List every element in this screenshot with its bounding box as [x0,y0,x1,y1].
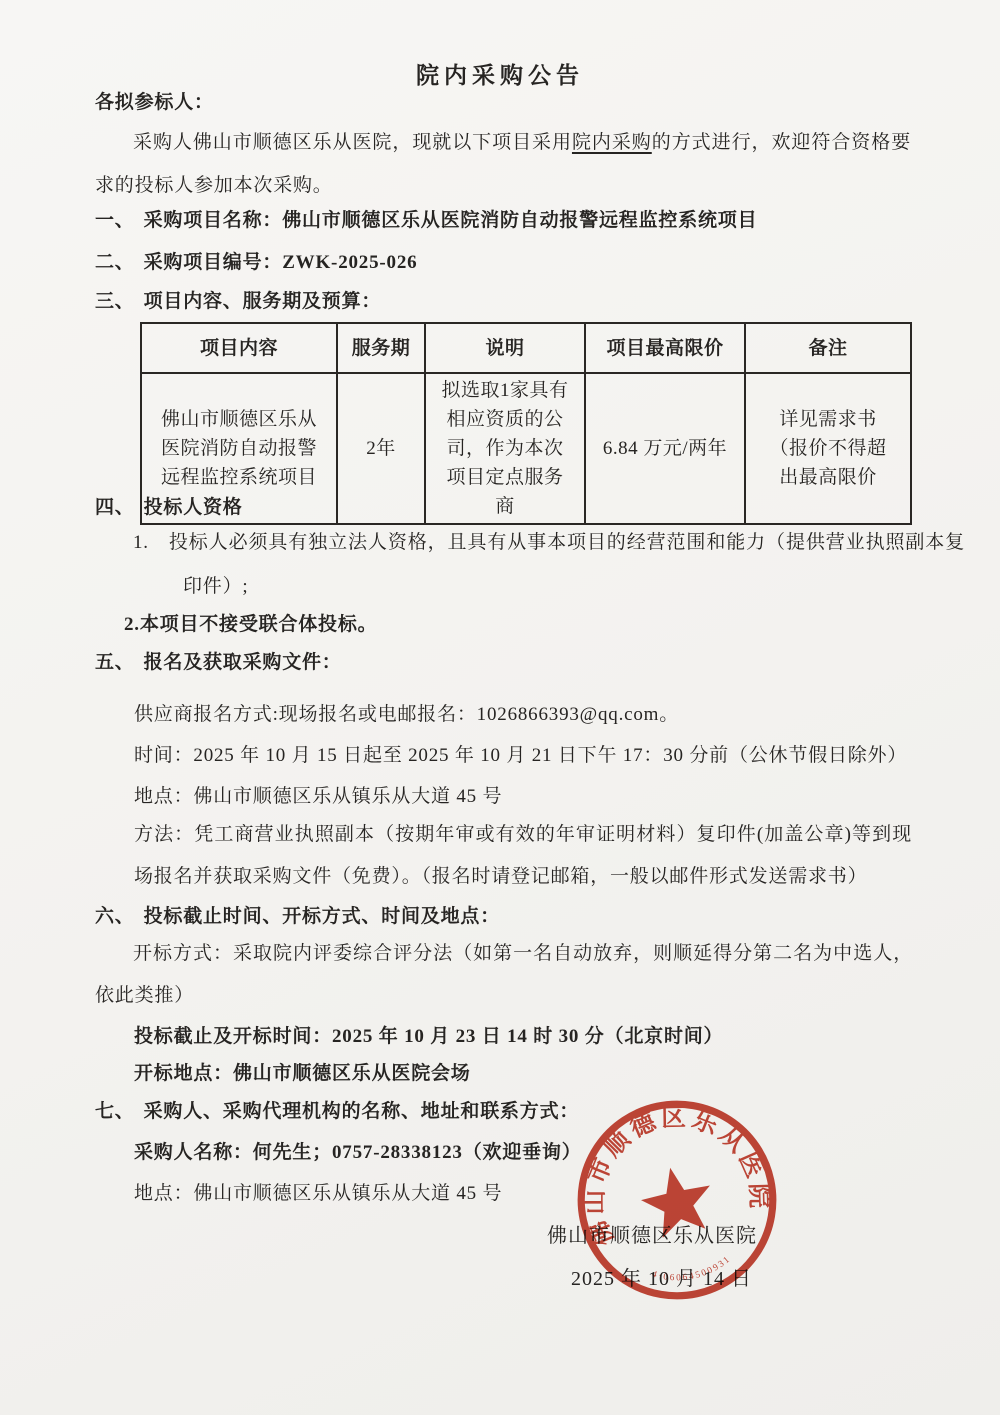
registration-time-line: 时间：2025 年 10 月 15 日起至 2025 年 10 月 21 日下午… [134,745,907,767]
section-3-title: 项目内容、服务期及预算： [144,291,382,312]
salutation: 各拟参标人： [95,92,214,114]
section-6-title: 投标截止时间、开标方式、时间及地点： [144,906,500,927]
section-4-number: 四、 [95,497,135,518]
qualification-item-1: 1. 投标人必须具有独立法人资格，且具有从事本项目的经营范围和能力（提供营业执照… [133,521,965,609]
section-6-heading: 六、投标截止时间、开标方式、时间及地点： [95,906,500,928]
contact-address-line: 地点：佛山市顺德区乐从镇乐从大道 45 号 [134,1183,502,1205]
table-header-service-period: 服务期 [337,323,425,373]
section-7-number: 七、 [95,1101,135,1122]
table-header-description: 说明 [425,323,585,373]
scanned-document-page: 院内采购公告 各拟参标人： 采购人佛山市顺德区乐从医院，现就以下项目采用院内采购… [0,0,1000,1415]
section-3-heading: 三、项目内容、服务期及预算： [95,291,381,313]
section-1-number: 一、 [95,210,135,231]
section-2-number: 二、 [95,252,135,273]
section-5-number: 五、 [95,652,135,673]
registration-location-line: 地点：佛山市顺德区乐从镇乐从大道 45 号 [134,786,502,808]
section-5-heading: 五、报名及获取采购文件： [95,652,342,674]
official-seal-graphic: 佛山市顺德区乐从医院 4·06064500931 [555,1078,799,1322]
table-cell-description: 拟选取1家具有相应资质的公司，作为本次项目定点服务商 [425,373,585,524]
section-6-number: 六、 [95,906,135,927]
section-4-title: 投标人资格 [144,497,243,518]
section-7-heading: 七、采购人、采购代理机构的名称、地址和联系方式： [95,1101,579,1123]
table-header-project-content: 项目内容 [141,323,337,373]
table-cell-remarks: 详见需求书（报价不得超出最高限价 [745,373,911,524]
qualification-item-2: 2.本项目不接受联合体投标。 [124,614,377,636]
intro-underlined-term: 院内采购 [572,132,652,153]
bid-opening-method-paragraph: 开标方式：采取院内评委综合评分法（如第一名自动放弃，则顺延得分第二名为中选人，依… [95,933,913,1017]
section-5-title: 报名及获取采购文件： [144,652,342,673]
registration-method-line: 供应商报名方式:现场报名或电邮报名：1026866393@qq.com。 [134,704,679,726]
section-1-title: 采购项目名称：佛山市顺德区乐从医院消防自动报警远程监控系统项目 [144,210,758,231]
intro-text-before: 采购人佛山市顺德区乐从医院，现就以下项目采用 [133,132,572,153]
table-header-row: 项目内容 服务期 说明 项目最高限价 备注 [141,323,911,373]
table-cell-max-price: 6.84 万元/两年 [585,373,745,524]
intro-paragraph: 采购人佛山市顺德区乐从医院，现就以下项目采用院内采购的方式进行，欢迎符合资格要求… [95,121,911,207]
section-3-number: 三、 [95,291,135,312]
section-2-heading: 二、采购项目编号：ZWK-2025-026 [95,252,417,274]
registration-procedure-paragraph: 方法：凭工商营业执照副本（按期年审或有效的年审证明材料）复印件(加盖公章)等到现… [134,814,912,898]
section-4-heading: 四、投标人资格 [95,497,243,519]
procurement-table: 项目内容 服务期 说明 项目最高限价 备注 佛山市顺德区乐从医院消防自动报警远程… [140,322,912,525]
section-7-title: 采购人、采购代理机构的名称、地址和联系方式： [144,1101,580,1122]
star-icon [636,1160,719,1240]
section-1-heading: 一、采购项目名称：佛山市顺德区乐从医院消防自动报警远程监控系统项目 [95,210,757,232]
bid-deadline-line: 投标截止及开标时间：2025 年 10 月 23 日 14 时 30 分（北京时… [134,1026,723,1048]
document-title: 院内采购公告 [0,57,1000,90]
table-row: 佛山市顺德区乐从医院消防自动报警远程监控系统项目 2年 拟选取1家具有相应资质的… [141,373,911,524]
contact-name-line: 采购人名称：何先生；0757-28338123（欢迎垂询） [134,1142,582,1164]
table-header-remarks: 备注 [745,323,911,373]
section-2-title: 采购项目编号：ZWK-2025-026 [144,252,418,273]
table-cell-service-period: 2年 [337,373,425,524]
table-header-max-price: 项目最高限价 [585,323,745,373]
official-seal: 佛山市顺德区乐从医院 4·06064500931 [555,1078,799,1322]
bid-venue-line: 开标地点：佛山市顺德区乐从医院会场 [134,1063,471,1085]
